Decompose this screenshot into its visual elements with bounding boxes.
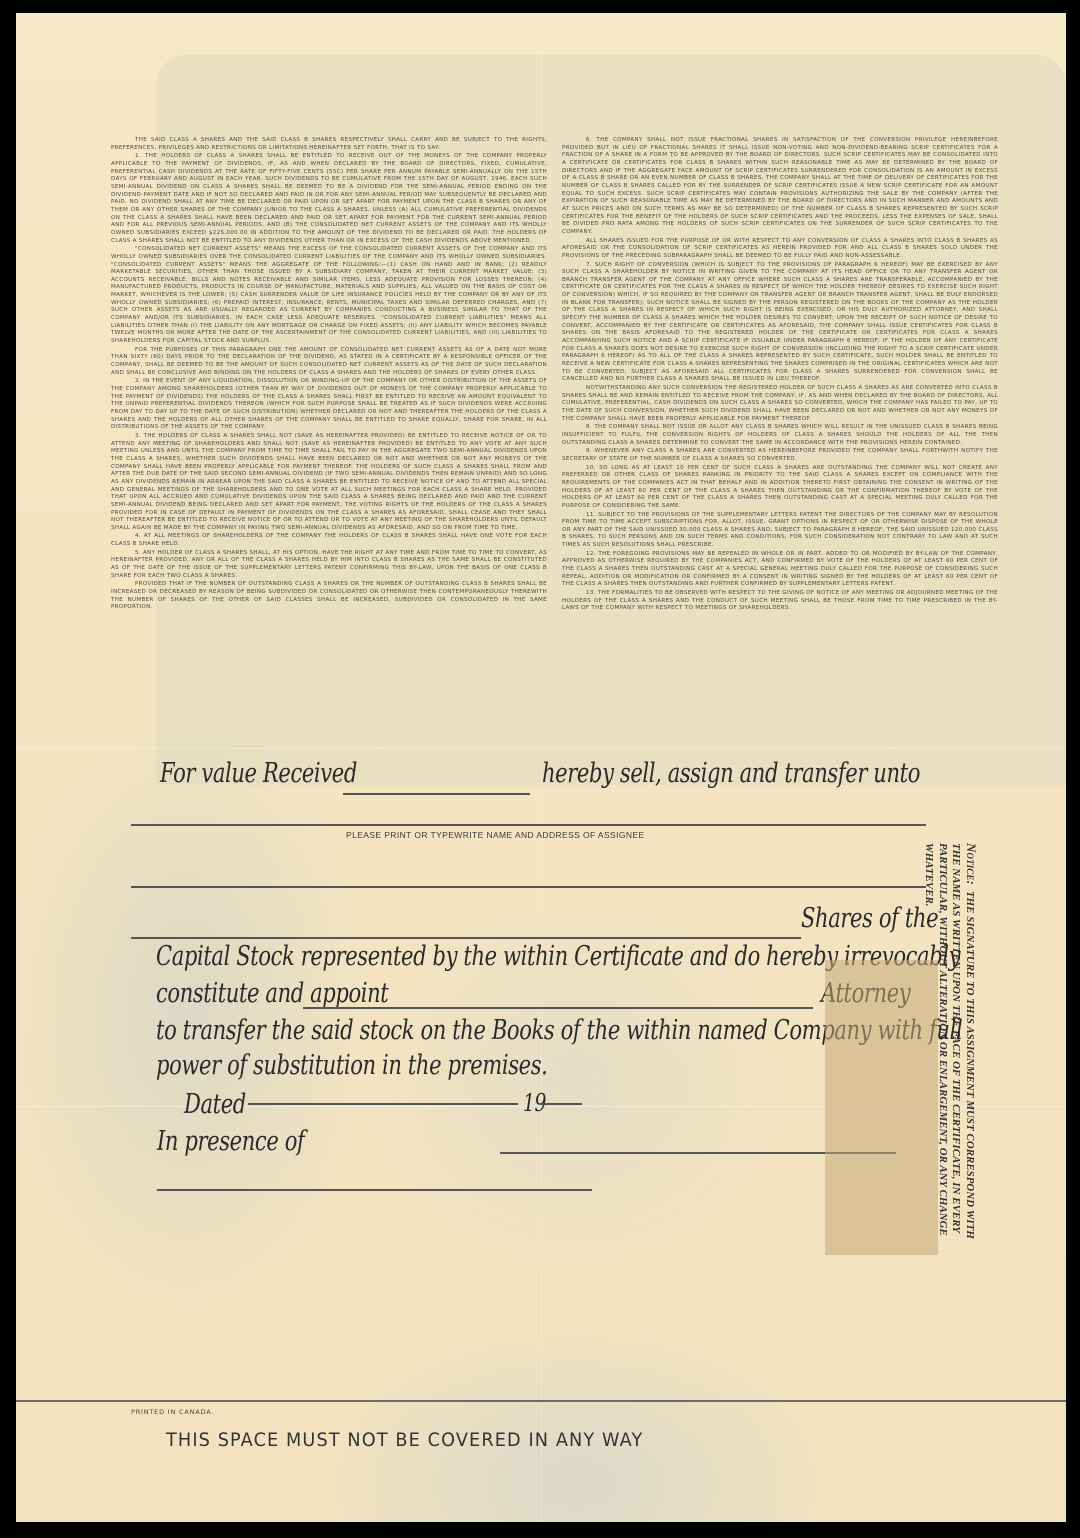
year-field[interactable] — [540, 1103, 582, 1105]
notice-title: Notice: — [964, 843, 979, 885]
assignee-name-field[interactable] — [131, 824, 926, 826]
date-field[interactable] — [248, 1103, 518, 1105]
terms-right-column: 6. THE COMPANY SHALL NOT ISSUE FRACTIONA… — [562, 137, 998, 614]
terms-paragraph: 4. AT ALL MEETINGS OF SHAREHOLDERS OF TH… — [111, 533, 547, 548]
terms-paragraph: 13. THE FORMALITIES TO BE OBSERVED WITH … — [562, 590, 998, 613]
attorney-name-field[interactable] — [303, 1007, 813, 1009]
dated-label: Dated — [184, 1089, 246, 1120]
terms-paragraph: 2. IN THE EVENT OF ANY LIQUIDATION, DISS… — [111, 378, 547, 432]
witness-field[interactable] — [157, 1189, 592, 1191]
in-presence-of-label: In presence of — [157, 1126, 304, 1157]
terms-paragraph: PROVIDED THAT IF THE NUMBER OF OUTSTANDI… — [111, 581, 547, 612]
power-text: power of substitution in the premises. — [156, 1050, 547, 1081]
terms-paragraph: 12. THE FOREGOING PROVISIONS MAY BE REPE… — [562, 551, 998, 589]
terms-paragraph: FOR THE PURPOSES OF THIS PARAGRAPH ONE T… — [111, 347, 547, 378]
shares-count-field[interactable] — [131, 937, 801, 939]
terms-paragraph: 7. SUCH RIGHT OF CONVERSION (WHICH IS SU… — [562, 262, 998, 385]
terms-paragraph: 8. THE COMPANY SHALL NOT ISSUE OR ALLOT … — [562, 424, 998, 447]
footer-divider — [16, 1400, 1066, 1402]
terms-paragraph: THE SAID CLASS A SHARES AND THE SAID CLA… — [111, 137, 547, 152]
terms-paragraph: 9. WHENEVER ANY CLASS A SHARES ARE CONVE… — [562, 448, 998, 463]
terms-paragraph: 6. THE COMPANY SHALL NOT ISSUE FRACTIONA… — [562, 137, 998, 237]
terms-left-column: THE SAID CLASS A SHARES AND THE SAID CLA… — [111, 137, 547, 613]
for-value-received-field[interactable] — [343, 793, 530, 795]
assignee-caption: PLEASE PRINT OR TYPEWRITE NAME AND ADDRE… — [346, 830, 645, 840]
notice-text: THE SIGNATURE TO THIS ASSIGNMENT MUST CO… — [924, 843, 977, 1239]
signature-notice: Notice:THE SIGNATURE TO THIS ASSIGNMENT … — [918, 843, 978, 1263]
terms-paragraph: 11. SUBJECT TO THE PROVISIONS OF THE SUP… — [562, 512, 998, 550]
do-not-cover-warning: THIS SPACE MUST NOT BE COVERED IN ANY WA… — [166, 1429, 643, 1451]
terms-paragraph: NOTWITHSTANDING ANY SUCH CONVERSION THE … — [562, 385, 998, 423]
assignee-address-field[interactable] — [131, 886, 926, 888]
for-value-received-label: For value Received — [160, 758, 357, 789]
terms-paragraph: "CONSOLIDATED NET CURRENT ASSETS" MEANS … — [111, 246, 547, 346]
terms-paragraph: 5. ANY HOLDER OF CLASS A SHARES SHALL, A… — [111, 550, 547, 581]
hereby-sell-label: hereby sell, assign and transfer unto — [542, 758, 920, 789]
terms-paragraph: 3. THE HOLDERS OF CLASS A SHARES SHALL N… — [111, 433, 547, 533]
terms-paragraph: ALL SHARES ISSUED FOR THE PURPOSE OF OR … — [562, 238, 998, 261]
terms-paragraph: 1. THE HOLDERS OF CLASS A SHARES SHALL B… — [111, 153, 547, 245]
terms-paragraph: 10. SO LONG AS AT LEAST 10 PER CENT OF S… — [562, 465, 998, 511]
printed-in-label: PRINTED IN CANADA. — [131, 1408, 214, 1416]
certificate-back: THE SAID CLASS A SHARES AND THE SAID CLA… — [16, 13, 1066, 1522]
constitute-appoint-label: constitute and appoint — [156, 978, 388, 1009]
